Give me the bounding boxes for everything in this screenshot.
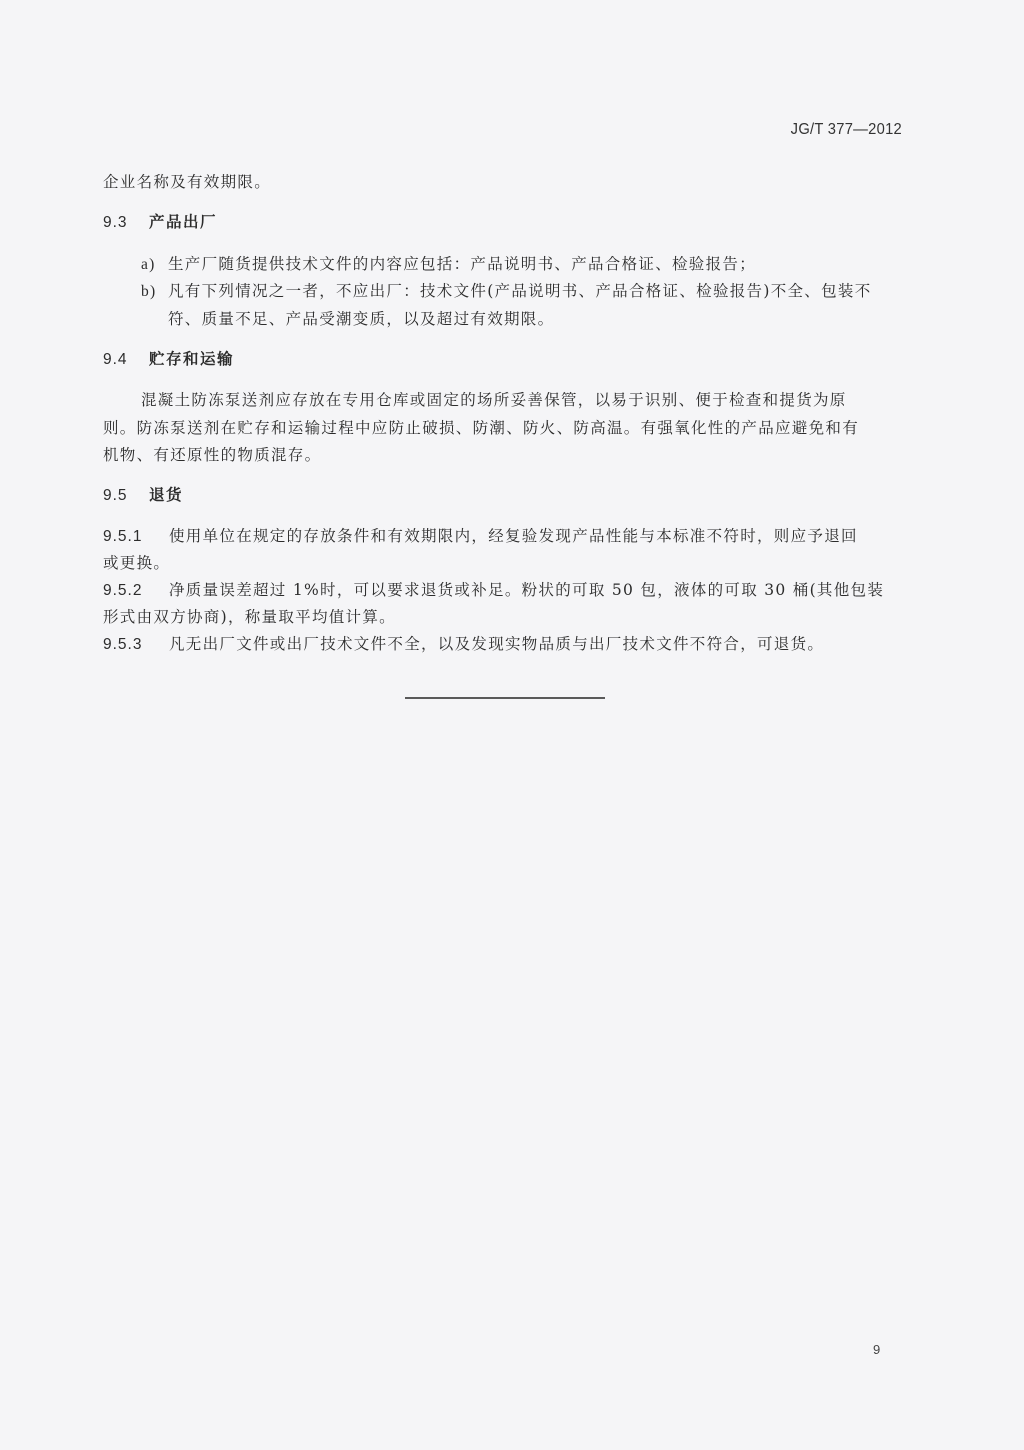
end-divider-line [405, 697, 605, 699]
clause-9-5-2: 9.5.2净质量误差超过 1%时，可以要求退货或补足。粉状的可取 50 包，液体… [103, 580, 903, 601]
section-heading-9-5: 9.5退货 [103, 485, 903, 506]
clause-9-5-2-continued: 形式由双方协商)，称量取平均值计算。 [103, 607, 903, 627]
list-item-text: 凡有下列情况之一者，不应出厂：技术文件(产品说明书、产品合格证、检验报告)不全、… [168, 282, 872, 300]
clause-number: 9.5.2 [103, 581, 169, 601]
section-title: 贮存和运输 [149, 350, 234, 368]
section-heading-9-4: 9.4贮存和运输 [103, 349, 903, 370]
section-number: 9.4 [103, 350, 149, 370]
clause-text: 使用单位在规定的存放条件和有效期限内，经复验发现产品性能与本标准不符时，则应予退… [169, 527, 858, 545]
clause-number: 9.5.1 [103, 527, 169, 547]
clause-number: 9.5.3 [103, 635, 169, 655]
paragraph-line: 机物、有还原性的物质混存。 [103, 445, 903, 465]
paragraph-line: 混凝土防冻泵送剂应存放在专用仓库或固定的场所妥善保管，以易于识别、便于检查和提货… [141, 390, 941, 410]
section-number: 9.5 [103, 486, 149, 506]
clause-9-5-3: 9.5.3凡无出厂文件或出厂技术文件不全，以及发现实物品质与出厂技术文件不符合，… [103, 634, 903, 655]
section-heading-9-3: 9.3产品出厂 [103, 212, 903, 233]
list-item-b-continued: 符、质量不足、产品受潮变质，以及超过有效期限。 [168, 309, 968, 329]
section-title: 退货 [149, 486, 183, 504]
list-item-text: 生产厂随货提供技术文件的内容应包括：产品说明书、产品合格证、检验报告； [168, 255, 756, 273]
continued-paragraph: 企业名称及有效期限。 [103, 172, 903, 192]
section-number: 9.3 [103, 213, 149, 233]
list-marker: b) [141, 282, 168, 302]
clause-9-5-1-continued: 或更换。 [103, 553, 903, 573]
list-marker: a) [141, 255, 168, 275]
paragraph-line: 则。防冻泵送剂在贮存和运输过程中应防止破损、防潮、防火、防高温。有强氧化性的产品… [103, 418, 903, 438]
list-item-b: b)凡有下列情况之一者，不应出厂：技术文件(产品说明书、产品合格证、检验报告)不… [141, 281, 941, 302]
clause-text: 净质量误差超过 1%时，可以要求退货或补足。粉状的可取 50 包，液体的可取 3… [169, 581, 884, 599]
section-title: 产品出厂 [149, 213, 217, 231]
standard-code-header: JG/T 377—2012 [791, 121, 902, 139]
page-number: 9 [873, 1342, 880, 1357]
clause-text: 凡无出厂文件或出厂技术文件不全，以及发现实物品质与出厂技术文件不符合，可退货。 [169, 635, 824, 653]
list-item-a: a)生产厂随货提供技术文件的内容应包括：产品说明书、产品合格证、检验报告； [141, 254, 941, 275]
clause-9-5-1: 9.5.1使用单位在规定的存放条件和有效期限内，经复验发现产品性能与本标准不符时… [103, 526, 903, 547]
